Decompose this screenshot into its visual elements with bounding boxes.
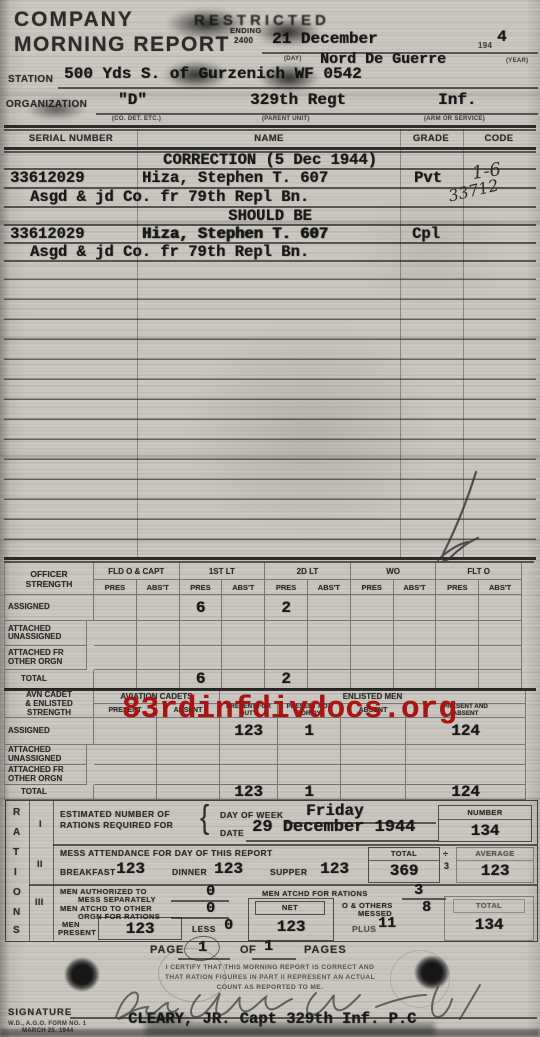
entry2-remark: Asgd & jd Co. fr 79th Repl Bn.	[30, 243, 309, 261]
average-box: AVERAGE 123	[456, 847, 534, 883]
punch-hole	[64, 957, 100, 992]
officer-row-label-attached-fr: ATTACHED FR OTHER ORGN	[5, 646, 87, 670]
grand-total-value: 134	[445, 916, 533, 934]
rations-side-letter: O	[13, 887, 21, 898]
officer-total-1stlt-pres: 6	[180, 670, 223, 689]
officer-cell	[436, 621, 479, 646]
enlisted-cell	[220, 745, 278, 765]
pages-value: 1	[264, 938, 273, 955]
officer-cell	[94, 646, 137, 670]
officer-sub-abst: ABS'T	[137, 580, 180, 595]
officer-corner-line1: OFFICER	[30, 569, 67, 579]
rule-line	[252, 958, 296, 960]
enlisted-cell	[220, 765, 278, 785]
atchd-rations-value: 3	[414, 882, 423, 899]
org-sublabel-arm: (ARM OR SERVICE)	[424, 116, 485, 122]
enlisted-cell	[341, 765, 406, 785]
dinner-value: 123	[214, 860, 243, 878]
roster-col-grade: GRADE	[402, 133, 460, 144]
ink-smudge	[120, 1008, 210, 1030]
officer-cell	[137, 670, 180, 689]
officer-sub-abst: ABS'T	[308, 580, 351, 595]
number-value: 134	[439, 822, 531, 840]
rations-side-letter: S	[13, 925, 20, 936]
officer-cell	[308, 670, 351, 689]
enlisted-cell	[94, 745, 157, 765]
supper-value: 123	[320, 860, 349, 878]
officer-cell	[308, 646, 351, 670]
officer-cell	[479, 621, 522, 646]
estimated-rations-line2: RATIONS REQUIRED FOR	[60, 820, 173, 830]
handwritten-checkmark	[424, 466, 494, 570]
officer-cell	[394, 646, 437, 670]
of-label: OF	[240, 944, 256, 956]
officer-sub-pres: PRES	[436, 580, 479, 595]
website-watermark: 83rdinfdivdocs.org	[122, 692, 457, 727]
plus-value: 11	[378, 915, 396, 932]
officer-cell	[222, 595, 265, 621]
signature-label: SIGNATURE	[8, 1007, 72, 1018]
rations-side-letter: I	[14, 867, 17, 878]
auth-mess-line2: MESS SEPARATELY	[78, 895, 156, 904]
ink-smudge	[14, 93, 98, 125]
rations-part2-numeral: II	[37, 859, 43, 869]
enlisted-corner-line3: STRENGTH	[27, 708, 71, 717]
net-label-box: NET	[255, 901, 325, 915]
average-value: 123	[457, 862, 533, 880]
enlisted-row-label-attached-unassigned: ATTACHED UNASSIGNED	[5, 745, 87, 765]
supper-label: SUPPER	[270, 867, 307, 877]
officer-cell	[222, 646, 265, 670]
rations-side-letter: R	[13, 807, 21, 818]
officer-cell	[94, 595, 137, 621]
scan-streak	[0, 1029, 540, 1037]
rule-line	[4, 129, 536, 131]
officer-group-fldo-capt: FLD O & CAPT	[94, 563, 180, 580]
entry2-name: Hiza, Stephen T. 607	[142, 225, 328, 243]
rations-side-letter: A	[13, 827, 21, 838]
form-title-line1: COMPANY	[14, 8, 134, 32]
plus-label: PLUS	[352, 924, 376, 934]
officer-cell	[351, 621, 394, 646]
officer-cell	[436, 595, 479, 621]
rations-section: R A T I O N S I II III ESTIMATED NUMBER …	[5, 800, 538, 942]
officer-cell	[265, 646, 308, 670]
enlisted-row-label-assigned: ASSIGNED	[5, 718, 94, 745]
grand-total-label: TOTAL	[454, 901, 524, 910]
rations-date-value: 29 December 1944	[252, 818, 415, 837]
officer-cell	[180, 646, 223, 670]
rations-part1-numeral: I	[39, 819, 42, 829]
officer-group-1st-lt: 1ST LT	[180, 563, 266, 580]
rule-line	[4, 147, 536, 150]
enlisted-cell	[341, 745, 406, 765]
officer-cell	[137, 646, 180, 670]
others-messed-value: 8	[422, 899, 431, 916]
officer-cell	[351, 595, 394, 621]
entry1-remark: Asgd & jd Co. fr 79th Repl Bn.	[30, 188, 309, 206]
enlisted-row-label-attached-fr: ATTACHED FR OTHER ORGN	[5, 765, 87, 785]
estimated-rations-line1: ESTIMATED NUMBER OF	[60, 809, 170, 819]
atchd-other-value: 0	[206, 900, 215, 917]
number-box: NUMBER 134	[438, 805, 532, 842]
morning-report-form: COMPANY MORNING REPORT RESTRICTED ENDING…	[0, 0, 540, 1037]
grand-total-box: TOTAL 134	[444, 896, 534, 941]
scan-streak	[0, 221, 540, 224]
officer-assigned-2dlt-pres: 2	[265, 595, 308, 621]
average-label: AVERAGE	[457, 849, 533, 861]
enlisted-cell	[157, 745, 220, 765]
enlisted-corner-line1: AVN CADET	[26, 690, 72, 699]
enlisted-cell	[278, 745, 341, 765]
org-sublabel-company: (CO. DET. ETC.)	[112, 116, 161, 122]
officer-cell	[479, 646, 522, 670]
roster-col-serial: SERIAL NUMBER	[10, 133, 132, 144]
year-digit: 4	[497, 28, 507, 46]
officer-row-label-assigned: ASSIGNED	[5, 595, 94, 621]
number-label: NUMBER	[439, 808, 531, 820]
officer-cell	[479, 595, 522, 621]
officer-row-label-total: TOTAL	[5, 670, 94, 689]
officer-group-2d-lt: 2D LT	[265, 563, 351, 580]
officer-row-label-attached-unassigned: ATTACHED UNASSIGNED	[5, 621, 87, 646]
entry1-code2-handwritten: 33712	[447, 176, 501, 206]
mess-total-box: TOTAL 369	[368, 847, 440, 883]
atchd-rations-label: MEN ATCHD FOR RATIONS	[262, 889, 368, 898]
entry1-name: Hiza, Stephen T. 607	[142, 169, 328, 187]
rations-part3-numeral: III	[35, 897, 44, 907]
divide-sign: ÷	[443, 849, 448, 859]
officer-cell	[222, 670, 265, 689]
net-label: NET	[256, 903, 324, 912]
entry1-serial: 33612029	[10, 169, 84, 187]
mess-total-value: 369	[369, 862, 439, 880]
officer-cell	[94, 670, 137, 689]
officer-cell	[394, 621, 437, 646]
men-present-value: 123	[99, 920, 181, 938]
ink-smudge	[150, 55, 242, 95]
officer-sub-abst: ABS'T	[394, 580, 437, 595]
enlisted-table-corner: AVN CADET & ENLISTED STRENGTH	[5, 690, 94, 718]
rations-row-divider	[53, 844, 537, 846]
enlisted-corner-line2: & ENLISTED	[25, 699, 73, 708]
ink-smudge	[242, 12, 334, 52]
officer-strength-table: OFFICER STRENGTH FLD O & CAPT 1ST LT 2D …	[4, 563, 522, 689]
enlisted-cell	[406, 765, 526, 785]
auth-mess-value: 0	[206, 883, 215, 900]
officer-cell	[222, 621, 265, 646]
scan-streak	[0, 798, 540, 800]
enlisted-cell	[157, 765, 220, 785]
dinner-label: DINNER	[172, 867, 207, 877]
correction-title: CORRECTION (5 Dec 1944)	[140, 151, 400, 169]
pages-label: PAGES	[304, 944, 347, 956]
officer-cell	[265, 621, 308, 646]
men-present-line2: PRESENT	[58, 928, 96, 937]
less-label: LESS	[192, 924, 216, 934]
officer-total-2dlt-pres: 2	[265, 670, 308, 689]
enlisted-cell	[278, 765, 341, 785]
ink-smudge	[246, 58, 332, 98]
rations-side-letter: T	[13, 847, 20, 858]
rule-line	[171, 900, 229, 902]
scan-streak	[0, 337, 540, 339]
officer-cell	[479, 670, 522, 689]
breakfast-value: 123	[116, 860, 145, 878]
officer-sub-pres: PRES	[351, 580, 394, 595]
enlisted-cell	[406, 745, 526, 765]
roster-col-code: CODE	[465, 133, 533, 144]
date-label: DATE	[220, 828, 244, 838]
officer-cell	[308, 595, 351, 621]
breakfast-label: BREAKFAST	[60, 867, 116, 877]
officer-cell	[394, 595, 437, 621]
officer-sub-pres: PRES	[94, 580, 137, 595]
entry2-serial: 33612029	[10, 225, 84, 243]
rations-divider	[53, 801, 54, 941]
officer-cell	[137, 621, 180, 646]
officer-assigned-1stlt-pres: 6	[180, 595, 223, 621]
officer-sub-abst: ABS'T	[222, 580, 265, 595]
divide-by: 3	[444, 861, 449, 871]
form-number-line1: W.D., A.G.O. FORM NO. 1	[8, 1021, 86, 1027]
year-sublabel: (YEAR)	[506, 58, 528, 64]
mess-attendance-label: MESS ATTENDANCE FOR DAY OF THIS REPORT	[60, 848, 273, 858]
officer-cell	[180, 621, 223, 646]
rations-row-divider	[29, 884, 537, 886]
enlisted-cell	[94, 765, 157, 785]
officer-cell	[394, 670, 437, 689]
scan-streak	[0, 455, 540, 458]
rations-divider	[29, 801, 30, 941]
rations-side-letter: N	[13, 907, 21, 918]
mess-total-label: TOTAL	[369, 849, 439, 861]
officer-cell	[351, 670, 394, 689]
officer-cell	[308, 621, 351, 646]
brace-glyph: {	[200, 798, 209, 836]
officer-sub-abst: ABS'T	[479, 580, 522, 595]
net-box: NET 123	[248, 898, 334, 941]
roster-col-name: NAME	[140, 133, 398, 144]
org-sublabel-parent: (PARENT UNIT)	[262, 116, 310, 122]
rule-line	[246, 840, 438, 842]
rule-line	[4, 125, 536, 128]
officer-sub-pres: PRES	[180, 580, 223, 595]
entry1-grade: Pvt	[414, 169, 442, 187]
officer-cell	[137, 595, 180, 621]
officer-cell	[351, 646, 394, 670]
entry2-grade: Cpl	[412, 225, 440, 243]
officer-table-corner: OFFICER STRENGTH	[5, 563, 94, 595]
year-preprint: 194	[478, 41, 492, 50]
grand-total-label-box: TOTAL	[453, 899, 525, 913]
net-value: 123	[249, 918, 333, 936]
organization-rule-line	[96, 113, 538, 115]
officer-cell	[436, 670, 479, 689]
officer-sub-pres: PRES	[265, 580, 308, 595]
men-present-box: 123	[98, 917, 182, 940]
less-value: 0	[224, 917, 233, 934]
station-label: STATION	[8, 74, 53, 85]
officer-cell	[436, 646, 479, 670]
officer-corner-line2: STRENGTH	[26, 579, 73, 589]
officer-cell	[94, 621, 137, 646]
